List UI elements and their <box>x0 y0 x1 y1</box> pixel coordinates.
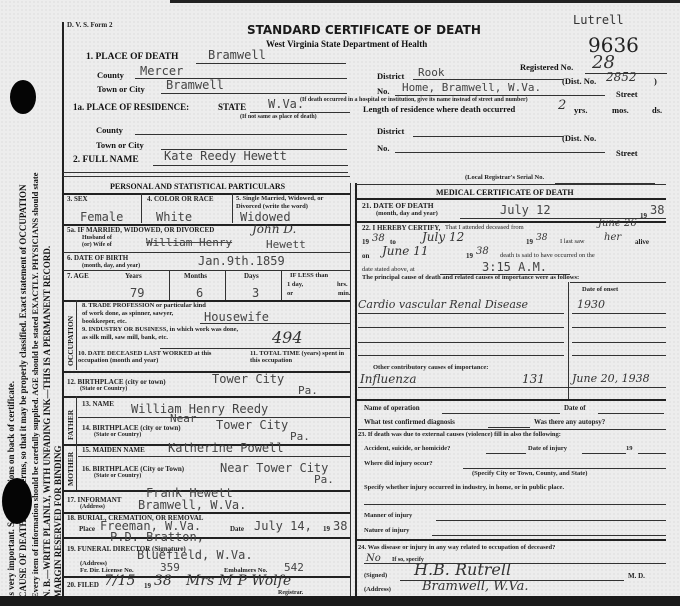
street-label: Street <box>616 89 638 99</box>
burial-year-value[interactable]: 38 <box>333 519 347 533</box>
rule <box>395 152 605 153</box>
residence-district-label: District <box>377 126 404 136</box>
rule <box>76 396 77 444</box>
age-months-value[interactable]: 6 <box>196 286 203 300</box>
spouse-surname-value[interactable]: Hewett <box>266 238 306 251</box>
dob-label: 6. DATE OF BIRTH <box>67 254 128 262</box>
registrar-signature[interactable]: Mrs M P Wolfe <box>186 573 291 589</box>
trade-value[interactable]: Housewife <box>204 310 269 324</box>
on-label: on <box>362 252 369 260</box>
length-years-value[interactable]: 2 <box>558 98 566 113</box>
street-no-value[interactable]: Home, Bramwell, W.Va. <box>402 81 541 94</box>
father-name-label: 13. NAME <box>82 400 114 408</box>
serial-label: (Local Registrar's Serial No. <box>465 174 544 181</box>
spouse-label: 5a. IF MARRIED, WIDOWED, OR DIVORCED <box>67 226 214 234</box>
birthplace-label: 12. BIRTHPLACE (city or town) <box>67 378 166 386</box>
residence-label: 1a. PLACE OF RESIDENCE: <box>73 102 189 112</box>
physician-signature[interactable]: H.B. Rutrell <box>414 560 511 579</box>
rule <box>356 539 666 541</box>
column-divider-right <box>355 183 357 596</box>
rule <box>63 371 350 373</box>
funeral-address-value[interactable]: Bluefield, W.Va. <box>137 548 253 562</box>
dist-no-close: ) <box>654 76 657 86</box>
rule <box>63 252 350 253</box>
father-birthplace-city-value[interactable]: Tower City <box>216 418 288 432</box>
to-year-value[interactable]: 38 <box>536 233 547 243</box>
last-saw-year-prefix: 19 <box>466 252 473 260</box>
burial-place-label: Place <box>79 525 95 533</box>
autopsy-label: Was there any autopsy? <box>534 418 605 426</box>
mother-birthplace-city-value[interactable]: Near Tower City <box>220 461 328 475</box>
rule <box>358 429 666 430</box>
last-worked-label: 10. DATE DECEASED LAST WORKED at this oc… <box>78 350 238 364</box>
filed-year-prefix: 19 <box>144 582 151 590</box>
mos-label: mos. <box>612 105 629 115</box>
rule <box>250 112 350 113</box>
rule <box>356 399 666 401</box>
dob-sub: (month, day, and year) <box>82 263 140 269</box>
filed-year-value[interactable]: 38 <box>154 573 172 589</box>
nature-label: Nature of injury <box>364 527 409 534</box>
other-causes-label: Other contributory causes of importance: <box>373 364 488 371</box>
dod-sub: (month, day and year) <box>376 210 438 217</box>
full-name-label: 2. FULL NAME <box>73 155 139 165</box>
rule <box>356 198 666 200</box>
personal-section-title: PERSONAL AND STATISTICAL PARTICULARS <box>110 182 285 191</box>
mother-maiden-value[interactable]: Katherine Powell <box>168 441 284 455</box>
dod-year-value[interactable]: 38 <box>650 203 664 217</box>
dist-no-label: (Dist. No. <box>562 76 596 86</box>
total-time-label: 11. TOTAL TIME (years) spent in this occ… <box>250 350 350 364</box>
funeral-director-name[interactable]: P.D. Bratton, <box>110 530 204 544</box>
principal-cause-label: The principal cause of death and related… <box>362 274 642 282</box>
residence-dist-no-label: (Dist. No. <box>562 133 596 143</box>
residence-state-value[interactable]: W.Va. <box>268 97 304 111</box>
county-value[interactable]: Mercer <box>140 64 183 78</box>
length-of-residence-label: Length of residence where death occurred <box>363 104 515 114</box>
manner-label: Manner of injury <box>364 512 412 519</box>
rule <box>196 63 346 64</box>
residence-state-label: STATE <box>218 102 246 112</box>
alive-label: alive <box>635 238 649 246</box>
father-birthplace-sub: (State or Country) <box>94 432 141 438</box>
rule <box>76 444 77 490</box>
days-label: Days <box>244 272 259 280</box>
birthplace-city-value[interactable]: Tower City <box>212 372 284 386</box>
burial-year-prefix: 19 <box>323 525 330 533</box>
rule <box>141 193 142 223</box>
age-years-value[interactable]: 79 <box>130 286 144 300</box>
rule <box>572 342 666 343</box>
onset-column-divider <box>568 282 569 400</box>
onset-label: Date of onset <box>582 286 618 293</box>
father-name-value[interactable]: William Henry Reedy <box>131 402 268 416</box>
one-day-label: 1 day, <box>287 281 303 288</box>
time-of-death-value[interactable]: 3:15 A.M. <box>482 260 547 274</box>
certificate-subtitle: West Virginia State Department of Health <box>266 39 427 49</box>
rule <box>358 342 564 343</box>
rule <box>486 453 526 454</box>
mother-birthplace-label: 16. BIRTHPLACE (City or Town) <box>82 465 184 473</box>
test-label: What test confirmed diagnosis <box>364 418 455 426</box>
date-stated-label: date stated above, at <box>362 266 415 273</box>
rule <box>358 313 564 314</box>
rule <box>225 270 226 300</box>
specify-injury-label: Specify whether injury occurred in indus… <box>364 484 564 491</box>
rule <box>463 468 666 469</box>
rule <box>358 355 564 356</box>
cause-value[interactable]: Cardio vascular Renal Disease <box>358 298 528 311</box>
column-divider <box>350 183 351 596</box>
street-no-label: No. <box>377 86 390 96</box>
mother-birthplace-state-value[interactable]: Pa. <box>314 473 334 486</box>
last-saw-value[interactable]: her <box>604 232 621 243</box>
other-cause-value[interactable]: Influenza <box>360 372 417 386</box>
min-label: min. <box>338 290 350 297</box>
scan-edge-top <box>170 0 680 3</box>
rule <box>364 504 666 505</box>
rule <box>638 453 666 454</box>
district-value[interactable]: Rook <box>418 66 445 79</box>
injury-date-label: Date of injury <box>528 445 567 452</box>
rule <box>395 95 605 96</box>
burial-date-value[interactable]: July 14, <box>254 519 312 533</box>
other-onset-value[interactable]: June 20, 1938 <box>572 372 650 385</box>
other-cause-code[interactable]: 131 <box>522 372 545 386</box>
cause-onset-value[interactable]: 1930 <box>577 298 605 311</box>
margin-line-2: N. B.—WRITE PLAINLY, WITH UNFADING INK—T… <box>42 246 52 598</box>
rule <box>160 348 350 349</box>
physician-address-value[interactable]: Bramwell, W.Va. <box>422 579 529 594</box>
dod-value[interactable]: July 12 <box>500 203 551 217</box>
father-near-value[interactable]: Near <box>170 412 197 425</box>
md-label: M. D. <box>628 572 645 580</box>
rule <box>598 413 664 414</box>
death-said-text: death is said to have occurred on the <box>500 252 595 259</box>
district-label: District <box>377 71 404 81</box>
race-label: 4. COLOR OR RACE <box>147 195 214 203</box>
where-injury-note: (Specify City or Town, County, and State… <box>472 470 587 477</box>
residence-town-label: Town or City <box>96 140 144 150</box>
informant-label: 17. INFORMANT <box>67 496 121 504</box>
race-value[interactable]: White <box>156 210 192 224</box>
filed-date-value[interactable]: 7/15 <box>104 573 135 589</box>
rule <box>436 520 666 521</box>
from-year-value[interactable]: 38 <box>372 233 385 244</box>
margin-line-3: Every item of information should be care… <box>30 173 40 598</box>
sex-value[interactable]: Female <box>80 210 123 224</box>
dist-no-value[interactable]: 2852 <box>606 70 637 84</box>
rule <box>432 535 666 536</box>
months-label: Months <box>184 272 207 280</box>
attended-from-value[interactable]: June 26 <box>598 218 637 229</box>
form-id: D. V. S. Form 2 <box>67 21 112 29</box>
yrs-label: yrs. <box>574 105 587 115</box>
filed-label: 20. FILED <box>67 581 99 589</box>
trade-label: 8. TRADE PROFESSION or particular kind o… <box>82 302 207 326</box>
marital-label: 5. Single Married, Widowed, or Divorced … <box>236 195 348 211</box>
dob-value[interactable]: Jan.9th.1859 <box>198 254 285 268</box>
rule <box>488 427 530 428</box>
rule <box>442 413 560 414</box>
rule <box>572 313 666 314</box>
spouse-struck-value[interactable]: William Henry <box>146 236 232 249</box>
town-value[interactable]: Bramwell <box>166 78 224 92</box>
place-of-death-label: 1. PLACE OF DEATH <box>86 52 178 62</box>
attended-to-value[interactable]: July 12 <box>422 230 464 244</box>
spouse-sub2: (or) Wife of <box>82 242 112 248</box>
rule <box>76 300 77 370</box>
town-label: Town or City <box>97 84 145 94</box>
rule <box>153 165 348 166</box>
residence-no-label: No. <box>377 143 390 153</box>
external-causes-label: 23. If death was due to external causes … <box>358 431 561 438</box>
certificate-title: STANDARD CERTIFICATE OF DEATH <box>247 23 481 37</box>
form-left-border <box>62 22 64 596</box>
sex-label: 3. SEX <box>67 195 88 203</box>
informant-address-value[interactable]: Bramwell, W.Va. <box>138 498 246 512</box>
rule <box>63 537 350 539</box>
occupation-related-label: 24. Was disease or injury in any way rel… <box>358 544 555 551</box>
spouse-handwritten-value[interactable]: John D. <box>252 222 296 236</box>
medical-section-title: MEDICAL CERTIFICATE OF DEATH <box>436 188 574 197</box>
ink-blot-bottom <box>2 478 32 524</box>
father-birthplace-label: 14. BIRTHPLACE (city or town) <box>82 424 181 432</box>
burial-date-label: Date <box>230 525 244 533</box>
rule <box>63 396 350 398</box>
rule <box>78 456 350 457</box>
injury-year-prefix: 19 <box>626 445 633 452</box>
full-name-value[interactable]: Kate Reedy Hewett <box>164 149 287 163</box>
operation-date-label: Date of <box>564 404 586 412</box>
signed-label: (Signed) <box>364 572 387 579</box>
rule <box>413 136 563 137</box>
or-label: or <box>287 290 293 297</box>
to-year-prefix: 19 <box>526 238 533 246</box>
rule <box>570 282 666 283</box>
hospital-note: (If death occurred in a hospital or inst… <box>300 97 528 103</box>
ds-label: ds. <box>652 105 662 115</box>
rule <box>135 134 347 135</box>
ink-blot-top <box>10 80 36 114</box>
physician-address-label: (Address) <box>364 586 391 593</box>
registered-no-label: Registered No. <box>520 62 573 72</box>
rule <box>63 270 350 271</box>
place-of-death-value[interactable]: Bramwell <box>208 48 266 62</box>
last-saw-label: I last saw <box>560 238 585 245</box>
death-certificate: is very important. See instructions on b… <box>0 0 680 606</box>
rule <box>232 193 233 223</box>
accident-label: Accident, suicide, or homicide? <box>364 445 450 452</box>
rule <box>572 355 666 356</box>
residence-note: (If not same as place of death) <box>240 114 317 120</box>
rule <box>356 184 666 185</box>
hrs-label: hrs. <box>337 281 348 288</box>
rule <box>169 270 170 300</box>
father-side-label: FATHER <box>66 410 75 440</box>
mother-side-label: MOTHER <box>66 452 75 486</box>
from-year-prefix: 19 <box>362 238 369 246</box>
rule <box>78 417 350 418</box>
mother-maiden-label: 15. MAIDEN NAME <box>82 446 145 454</box>
residence-street-label: Street <box>616 148 638 158</box>
rule <box>63 172 348 173</box>
rule <box>572 327 666 328</box>
operation-label: Name of operation <box>364 404 420 412</box>
father-birthplace-state-value[interactable]: Pa. <box>290 430 310 443</box>
if-less-label: IF LESS than <box>290 272 328 279</box>
spouse-sub1: Husband of <box>82 235 112 241</box>
annotation-name: Lutrell <box>573 13 624 27</box>
industry-label: 9. INDUSTRY OR BUSINESS, in which work w… <box>82 326 242 342</box>
mother-birthplace-sub: (State or Country) <box>94 473 141 479</box>
last-saw-date-value[interactable]: June 11 <box>382 244 428 258</box>
occupation-side-label: OCCUPATION <box>66 316 75 366</box>
rule <box>413 79 563 80</box>
residence-county-label: County <box>96 125 123 135</box>
age-label: 7. AGE <box>67 272 89 280</box>
informant-address-label: (Address) <box>80 504 105 510</box>
rule <box>161 93 347 94</box>
funeral-address-label: (Address) <box>80 560 107 567</box>
rule <box>582 453 626 454</box>
birthplace-sub: (State or Country) <box>80 386 127 392</box>
age-days-value[interactable]: 3 <box>252 286 259 300</box>
rule <box>200 323 350 324</box>
rule <box>281 270 282 300</box>
county-label: County <box>97 70 124 80</box>
last-saw-year-value[interactable]: 38 <box>476 246 489 257</box>
rule <box>364 563 666 564</box>
rule <box>358 387 666 388</box>
margin-line-4: CAUSE OF DEATH in plain terms, so that i… <box>18 185 28 598</box>
rule <box>358 327 564 328</box>
industry-code-value[interactable]: 494 <box>272 328 303 347</box>
years-label: Years <box>125 272 142 280</box>
rule <box>63 176 350 177</box>
scan-edge-bottom <box>0 596 680 606</box>
dod-label: 21. DATE OF DEATH <box>362 201 434 210</box>
where-injury-label: Where did injury occur? <box>364 460 433 467</box>
